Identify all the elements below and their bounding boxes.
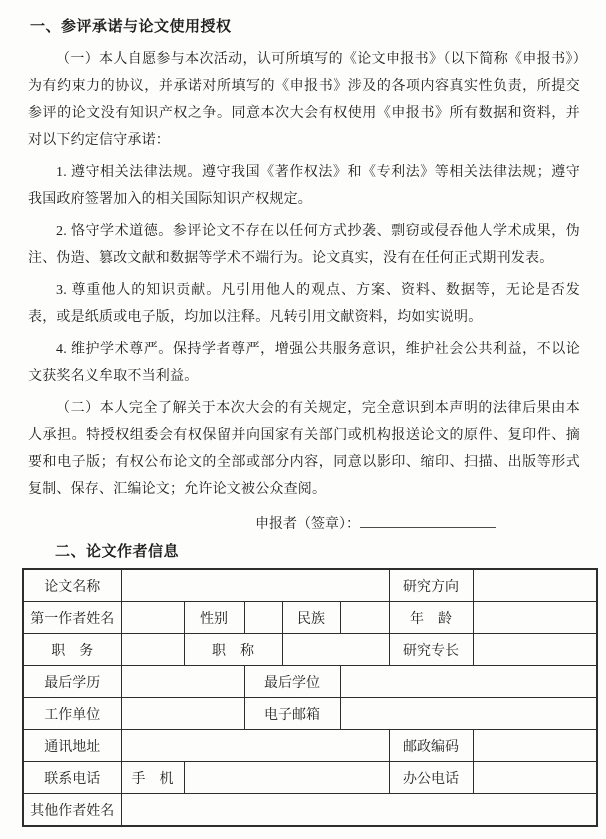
- work-unit-label: 工作单位: [23, 698, 121, 730]
- signature-row: 申报者（签章）：: [255, 512, 580, 534]
- commitment-item-3: 3. 尊重他人的知识贡献。凡引用他人的观点、方案、资料、数据等，无论是否发表，或…: [28, 277, 580, 331]
- row-contact-phone: 联系电话 手 机 办公电话: [23, 762, 597, 794]
- mobile-number-field: [184, 762, 389, 794]
- last-education-label: 最后学历: [23, 666, 121, 698]
- last-degree-field: [340, 666, 597, 698]
- postal-code-label: 邮政编码: [389, 730, 473, 762]
- contact-phone-label: 联系电话: [23, 762, 121, 794]
- professional-title-field: [282, 634, 389, 666]
- signature-line: [360, 512, 496, 528]
- mailing-address-label: 通讯地址: [23, 730, 121, 762]
- authorization-paragraph: （二）本人完全了解关于本次大会的有关规定，完全意识到本声明的法律后果由本人承担。…: [28, 395, 580, 503]
- age-label: 年 龄: [389, 602, 473, 634]
- signature-label: 申报者（签章）：: [255, 517, 360, 532]
- other-authors-field: [121, 794, 597, 827]
- professional-title-label: 职 称: [184, 634, 282, 666]
- document-page: 一、参评承诺与论文使用授权 （一）本人自愿参与本次活动，认可所填写的《论文申报书…: [0, 0, 606, 839]
- row-position: 职 务 职 称 研究专长: [23, 634, 597, 666]
- commitment-item-4: 4. 维护学术尊严。保持学者尊严，增强公共服务意识，维护社会公共利益，不以论文获…: [28, 336, 580, 390]
- mailing-address-field: [121, 730, 389, 762]
- gender-label: 性别: [184, 602, 244, 634]
- commitment-item-2: 2. 恪守学术道德。参评论文不存在以任何方式抄袭、剽窃或侵吞他人学术成果，伪注、…: [28, 218, 580, 272]
- research-specialty-label: 研究专长: [389, 634, 473, 666]
- section2-heading: 二、论文作者信息: [55, 540, 580, 561]
- paper-title-label: 论文名称: [23, 569, 121, 602]
- last-education-field: [121, 666, 244, 698]
- postal-code-field: [473, 730, 597, 762]
- email-label: 电子邮箱: [244, 698, 340, 730]
- research-direction-field: [473, 569, 597, 602]
- first-author-name-label: 第一作者姓名: [23, 602, 121, 634]
- commitment-intro-paragraph: （一）本人自愿参与本次活动，认可所填写的《论文申报书》（以下简称《申报书》）为有…: [28, 46, 580, 154]
- gender-field: [244, 602, 282, 634]
- other-authors-label: 其他作者姓名: [23, 794, 121, 827]
- first-author-name-field: [121, 602, 184, 634]
- ethnicity-label: 民族: [282, 602, 340, 634]
- office-phone-label: 办公电话: [389, 762, 473, 794]
- row-mailing-address: 通讯地址 邮政编码: [23, 730, 597, 762]
- research-specialty-field: [473, 634, 597, 666]
- author-info-table: 论文名称 研究方向 第一作者姓名 性别 民族 年 龄 职 务 职 称 研究专长 …: [22, 568, 598, 827]
- paper-title-field: [121, 569, 389, 602]
- row-first-author: 第一作者姓名 性别 民族 年 龄: [23, 602, 597, 634]
- work-unit-field: [121, 698, 244, 730]
- row-other-authors: 其他作者姓名: [23, 794, 597, 827]
- last-degree-label: 最后学位: [244, 666, 340, 698]
- position-label: 职 务: [23, 634, 121, 666]
- row-work-unit: 工作单位 电子邮箱: [23, 698, 597, 730]
- age-field: [473, 602, 597, 634]
- section1-heading: 一、参评承诺与论文使用授权: [30, 15, 580, 36]
- commitment-item-1: 1. 遵守相关法律法规。遵守我国《著作权法》和《专利法》等相关法律法规；遵守我国…: [28, 159, 580, 213]
- ethnicity-field: [340, 602, 389, 634]
- mobile-label: 手 机: [121, 762, 184, 794]
- row-paper-title: 论文名称 研究方向: [23, 569, 597, 602]
- position-field: [121, 634, 184, 666]
- office-phone-field: [473, 762, 597, 794]
- email-field: [340, 698, 597, 730]
- research-direction-label: 研究方向: [389, 569, 473, 602]
- row-education: 最后学历 最后学位: [23, 666, 597, 698]
